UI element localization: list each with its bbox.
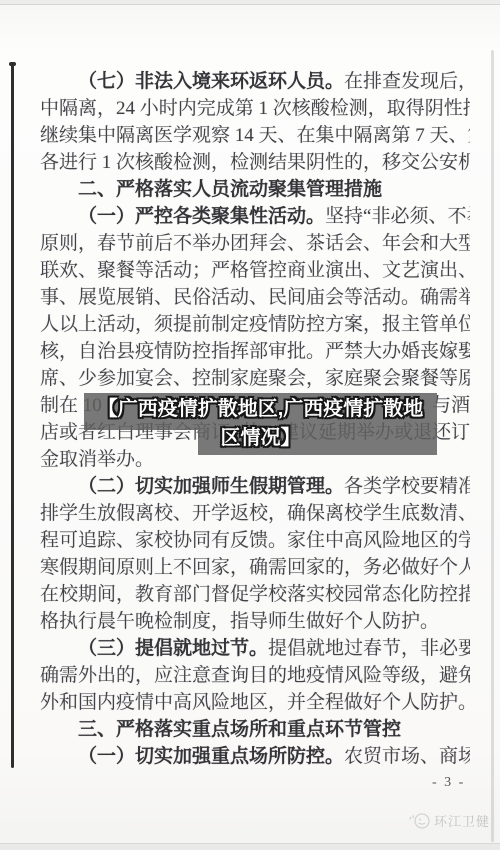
- document-line: 外和国内疫情中高风险地区，并全程做好个人防护。: [40, 689, 470, 716]
- document-line: 三、严格落实重点场所和重点环节管控: [40, 716, 470, 743]
- document-body-text: 格执行晨午晚检制度，指导师生做好个人防护。: [40, 611, 439, 632]
- document-heading-text: 三、严格落实重点场所和重点环节管控: [78, 719, 401, 740]
- document-line: （一）严控各类聚集性活动。坚持“非必须、不举办”: [40, 203, 470, 230]
- document-heading-text: （三）提倡就地过节。: [78, 638, 268, 659]
- document-body-text: 原则，春节前后不举办团拜会、茶话会、年会和大型慰问、: [40, 233, 470, 254]
- document-body-text: 程可追踪、家校协同有反馈。家住中高风险地区的学校师生，: [40, 530, 470, 551]
- document-line: 格执行晨午晚检制度，指导师生做好个人防护。: [40, 608, 470, 635]
- document-heading-text: （一）切实加强重点场所防控。: [78, 746, 344, 767]
- document-line: （二）切实加强师生假期管理。各类学校要精准有序安: [40, 473, 470, 500]
- document-body-text: 提倡就地过春节，非必要不出行，: [268, 638, 470, 659]
- document-body-text: 各进行 1 次核酸检测，检测结果阴性的，移交公安机关处置。: [40, 152, 470, 173]
- document-body-text: 联欢、聚餐等活动；严格管控商业演出、文艺演出、体育赛: [40, 260, 470, 281]
- document-body-text: 在排查发现后，立即集: [344, 71, 470, 92]
- document-line: 在校期间，教育部门督促学校落实校园常态化防控措施，严: [40, 581, 470, 608]
- document-body-text: 外和国内疫情中高风险地区，并全程做好个人防护。: [40, 692, 470, 713]
- document-body-text: 席、少参加宴会、控制家庭聚会，家庭聚会聚餐等原则上控: [40, 368, 470, 389]
- document-line: 联欢、聚餐等活动；严格管控商业演出、文艺演出、体育赛: [40, 257, 470, 284]
- watermark-text: 环江卫健: [434, 811, 490, 830]
- document-heading-text: （七）非法入境来环返环人员。: [78, 71, 344, 92]
- document-body-text: 寒假期间原则上不回家，确需回家的，务必做好个人防护。: [40, 557, 470, 578]
- watermark: 环江卫健: [409, 811, 490, 830]
- document-line: （一）切实加强重点场所防控。农贸市场、商场超市、: [40, 743, 470, 770]
- scan-edge-line: [11, 62, 14, 768]
- document-heading-text: （一）严控各类聚集性活动。: [78, 206, 325, 227]
- document-line: 寒假期间原则上不回家，确需回家的，务必做好个人防护。: [40, 554, 470, 581]
- caption-line-2: 区情况】: [82, 424, 439, 453]
- document-line: 人以上活动，须提前制定疫情防控方案，报主管单位评估审: [40, 311, 470, 338]
- document-body-text: 继续集中隔离医学观察 14 天、在集中隔离第 7 天、第 14 天: [40, 125, 470, 146]
- caption-overlay-title: 【广西疫情扩散地区,广西疫情扩散地 区情况】: [82, 395, 439, 455]
- document-body-text: 确需外出的，应注意查询目的地疫情风险等级，避免前往境: [40, 665, 470, 686]
- top-edge-band: [0, 0, 500, 5]
- document-heading-text: 二、严格落实人员流动聚集管理措施: [78, 179, 382, 200]
- document-body-text: 事、展览展销、民俗活动、民间庙会等活动。确需举办的 50: [40, 287, 470, 308]
- document-heading-text: （二）切实加强师生假期管理。: [78, 476, 344, 497]
- document-line: 各进行 1 次核酸检测，检测结果阴性的，移交公安机关处置。: [40, 149, 470, 176]
- caption-line-1: 【广西疫情扩散地区,广西疫情扩散地: [82, 395, 439, 424]
- bottom-edge-band: [0, 843, 500, 850]
- page-right-edge-shadow: [491, 50, 494, 842]
- document-line: 核，自治县疫情防控指挥部审批。严禁大办婚丧嫁娶，少摆: [40, 338, 470, 365]
- document-body-text: 排学生放假离校、开学返校，确保离校学生底数清、返家行: [40, 503, 470, 524]
- document-body-text: 在校期间，教育部门督促学校落实校园常态化防控措施，严: [40, 584, 470, 605]
- document-line: 原则，春节前后不举办团拜会、茶话会、年会和大型慰问、: [40, 230, 470, 257]
- document-body-text: 人以上活动，须提前制定疫情防控方案，报主管单位评估审: [40, 314, 470, 335]
- document-line: 确需外出的，应注意查询目的地疫情风险等级，避免前往境: [40, 662, 470, 689]
- round-mascot-logo-icon: [409, 812, 431, 830]
- document-line: 中隔离，24 小时内完成第 1 次核酸检测，取得阴性报告后，: [40, 95, 470, 122]
- page-number: - 3 -: [432, 775, 465, 791]
- document-body-text: 核，自治县疫情防控指挥部审批。严禁大办婚丧嫁娶，少摆: [40, 341, 470, 362]
- document-body-text: 坚持“非必须、不举办”: [325, 206, 470, 227]
- document-line: 程可追踪、家校协同有反馈。家住中高风险地区的学校师生，: [40, 527, 470, 554]
- document-line: 事、展览展销、民俗活动、民间庙会等活动。确需举办的 50: [40, 284, 470, 311]
- document-body-text: 各类学校要精准有序安: [344, 476, 470, 497]
- document-line: 继续集中隔离医学观察 14 天、在集中隔离第 7 天、第 14 天: [40, 122, 470, 149]
- document-body-text: 中隔离，24 小时内完成第 1 次核酸检测，取得阴性报告后，: [40, 98, 470, 119]
- document-body-text: 农贸市场、商场超市、: [344, 746, 470, 767]
- document-line: （三）提倡就地过节。提倡就地过春节，非必要不出行，: [40, 635, 470, 662]
- document-line: 二、严格落实人员流动聚集管理措施: [40, 176, 470, 203]
- document-line: （七）非法入境来环返环人员。在排查发现后，立即集: [40, 68, 470, 95]
- document-line: 席、少参加宴会、控制家庭聚会，家庭聚会聚餐等原则上控: [40, 365, 470, 392]
- document-line: 排学生放假离校、开学返校，确保离校学生底数清、返家行: [40, 500, 470, 527]
